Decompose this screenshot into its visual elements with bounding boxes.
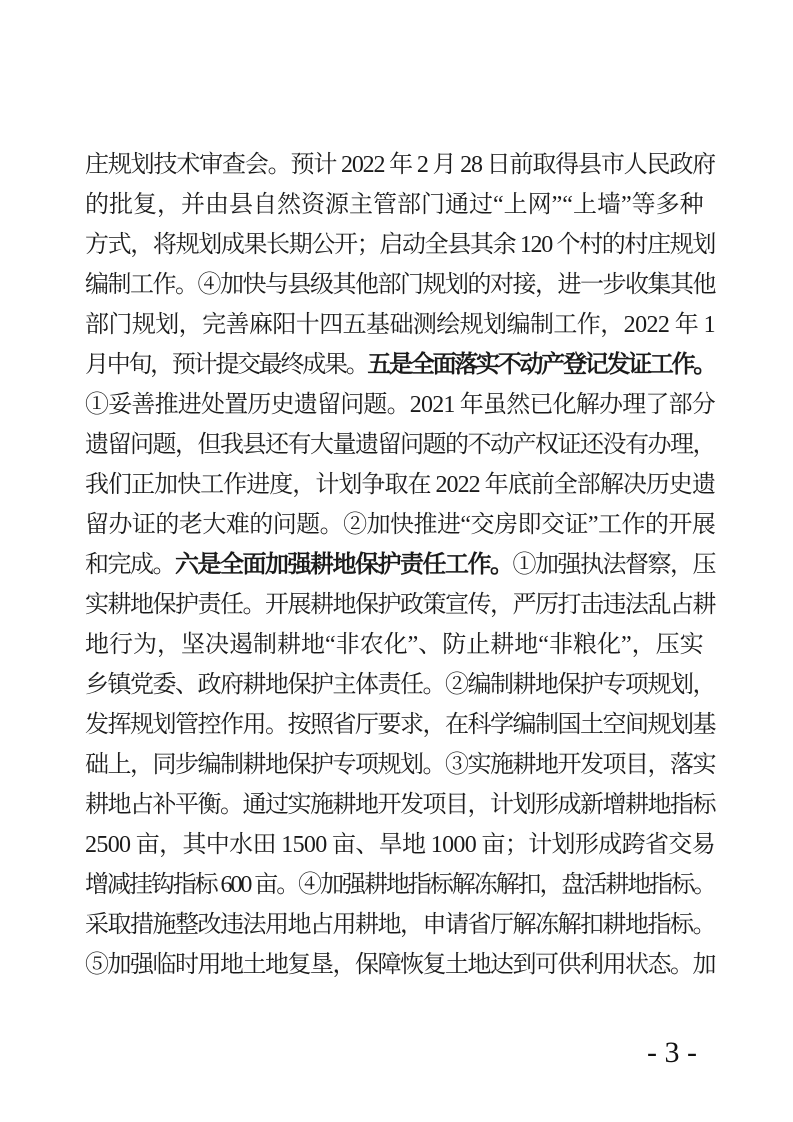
text-segment: 增减挂钩指标 600 亩。④加强耕地指标解冻解扣，盘活耕地指标。	[85, 872, 715, 898]
page-number: - 3 -	[647, 1038, 697, 1068]
text-segment: 遗留问题，但我县还有大量遗留问题的不动产权证还没有办理，	[85, 432, 715, 458]
text-segment: 的批复，并由县自然资源主管部门通过“上网”“上墙”等多种	[85, 192, 704, 218]
text-line: ①妥善推进处置历史遗留问题。2021 年虽然已化解办理了部分	[85, 385, 715, 425]
bold-heading-segment: 五是全面落实不动产登记发证工作。	[367, 352, 715, 378]
text-line: 遗留问题，但我县还有大量遗留问题的不动产权证还没有办理，	[85, 425, 715, 465]
text-segment: 和完成。	[85, 552, 175, 578]
text-segment: 础上，同步编制耕地保护专项规划。③实施耕地开发项目，落实	[85, 752, 715, 778]
text-line: ⑤加强临时用地土地复垦，保障恢复土地达到可供利用状态。加	[85, 945, 715, 985]
text-segment: 地行为，坚决遏制耕地“非农化”、防止耕地“非粮化”，压实	[85, 632, 704, 658]
text-segment: 我们正加快工作进度，计划争取在 2022 年底前全部解决历史遗	[85, 472, 715, 498]
text-segment: ①妥善推进处置历史遗留问题。2021 年虽然已化解办理了部分	[85, 392, 715, 418]
text-segment: 庄规划技术审查会。预计 2022 年 2 月 28 日前取得县市人民政府	[85, 152, 715, 178]
text-line: 地行为，坚决遏制耕地“非农化”、防止耕地“非粮化”，压实	[85, 625, 715, 665]
text-segment: 采取措施整改违法用地占用耕地，申请省厅解冻解扣耕地指标。	[85, 912, 715, 938]
document-page: 庄规划技术审查会。预计 2022 年 2 月 28 日前取得县市人民政府的批复，…	[0, 0, 793, 1122]
text-line: 我们正加快工作进度，计划争取在 2022 年底前全部解决历史遗	[85, 465, 715, 505]
text-line: 留办证的老大难的问题。②加快推进“交房即交证”工作的开展	[85, 505, 715, 545]
text-line: 乡镇党委、政府耕地保护主体责任。②编制耕地保护专项规划，	[85, 665, 715, 705]
text-line: 编制工作。④加快与县级其他部门规划的对接，进一步收集其他	[85, 265, 715, 305]
text-line: 2500 亩，其中水田 1500 亩、旱地 1000 亩；计划形成跨省交易	[85, 825, 715, 865]
text-segment: 留办证的老大难的问题。②加快推进“交房即交证”工作的开展	[85, 512, 715, 538]
text-segment: ⑤加强临时用地土地复垦，保障恢复土地达到可供利用状态。加	[85, 952, 715, 978]
text-segment: 发挥规划管控作用。按照省厅要求，在科学编制国土空间规划基	[85, 712, 715, 738]
text-segment: 乡镇党委、政府耕地保护主体责任。②编制耕地保护专项规划，	[85, 672, 715, 698]
text-segment: 方式，将规划成果长期公开；启动全县其余 120 个村的村庄规划	[85, 232, 715, 258]
text-line: 耕地占补平衡。通过实施耕地开发项目，计划形成新增耕地指标	[85, 785, 715, 825]
text-line: 采取措施整改违法用地占用耕地，申请省厅解冻解扣耕地指标。	[85, 905, 715, 945]
text-line: 的批复，并由县自然资源主管部门通过“上网”“上墙”等多种	[85, 185, 715, 225]
text-line: 实耕地保护责任。开展耕地保护政策宣传，严厉打击违法乱占耕	[85, 585, 715, 625]
text-line: 庄规划技术审查会。预计 2022 年 2 月 28 日前取得县市人民政府	[85, 145, 715, 185]
text-line: 增减挂钩指标 600 亩。④加强耕地指标解冻解扣，盘活耕地指标。	[85, 865, 715, 905]
text-line: 部门规划，完善麻阳十四五基础测绘规划编制工作，2022 年 1	[85, 305, 715, 345]
text-segment: ①加强执法督察，压	[513, 552, 716, 578]
text-line: 础上，同步编制耕地保护专项规划。③实施耕地开发项目，落实	[85, 745, 715, 785]
bold-heading-segment: 六是全面加强耕地保护责任工作。	[175, 552, 513, 578]
text-segment: 实耕地保护责任。开展耕地保护政策宣传，严厉打击违法乱占耕	[85, 592, 715, 618]
text-line: 方式，将规划成果长期公开；启动全县其余 120 个村的村庄规划	[85, 225, 715, 265]
text-segment: 编制工作。④加快与县级其他部门规划的对接，进一步收集其他	[85, 272, 715, 298]
body-text: 庄规划技术审查会。预计 2022 年 2 月 28 日前取得县市人民政府的批复，…	[85, 145, 715, 985]
text-segment: 耕地占补平衡。通过实施耕地开发项目，计划形成新增耕地指标	[85, 792, 715, 818]
text-segment: 月中旬，预计提交最终成果。	[85, 352, 367, 378]
text-line: 和完成。六是全面加强耕地保护责任工作。①加强执法督察，压	[85, 545, 715, 585]
text-segment: 部门规划，完善麻阳十四五基础测绘规划编制工作，2022 年 1	[85, 312, 715, 338]
text-line: 月中旬，预计提交最终成果。五是全面落实不动产登记发证工作。	[85, 345, 715, 385]
text-line: 发挥规划管控作用。按照省厅要求，在科学编制国土空间规划基	[85, 705, 715, 745]
text-segment: 2500 亩，其中水田 1500 亩、旱地 1000 亩；计划形成跨省交易	[85, 832, 715, 858]
